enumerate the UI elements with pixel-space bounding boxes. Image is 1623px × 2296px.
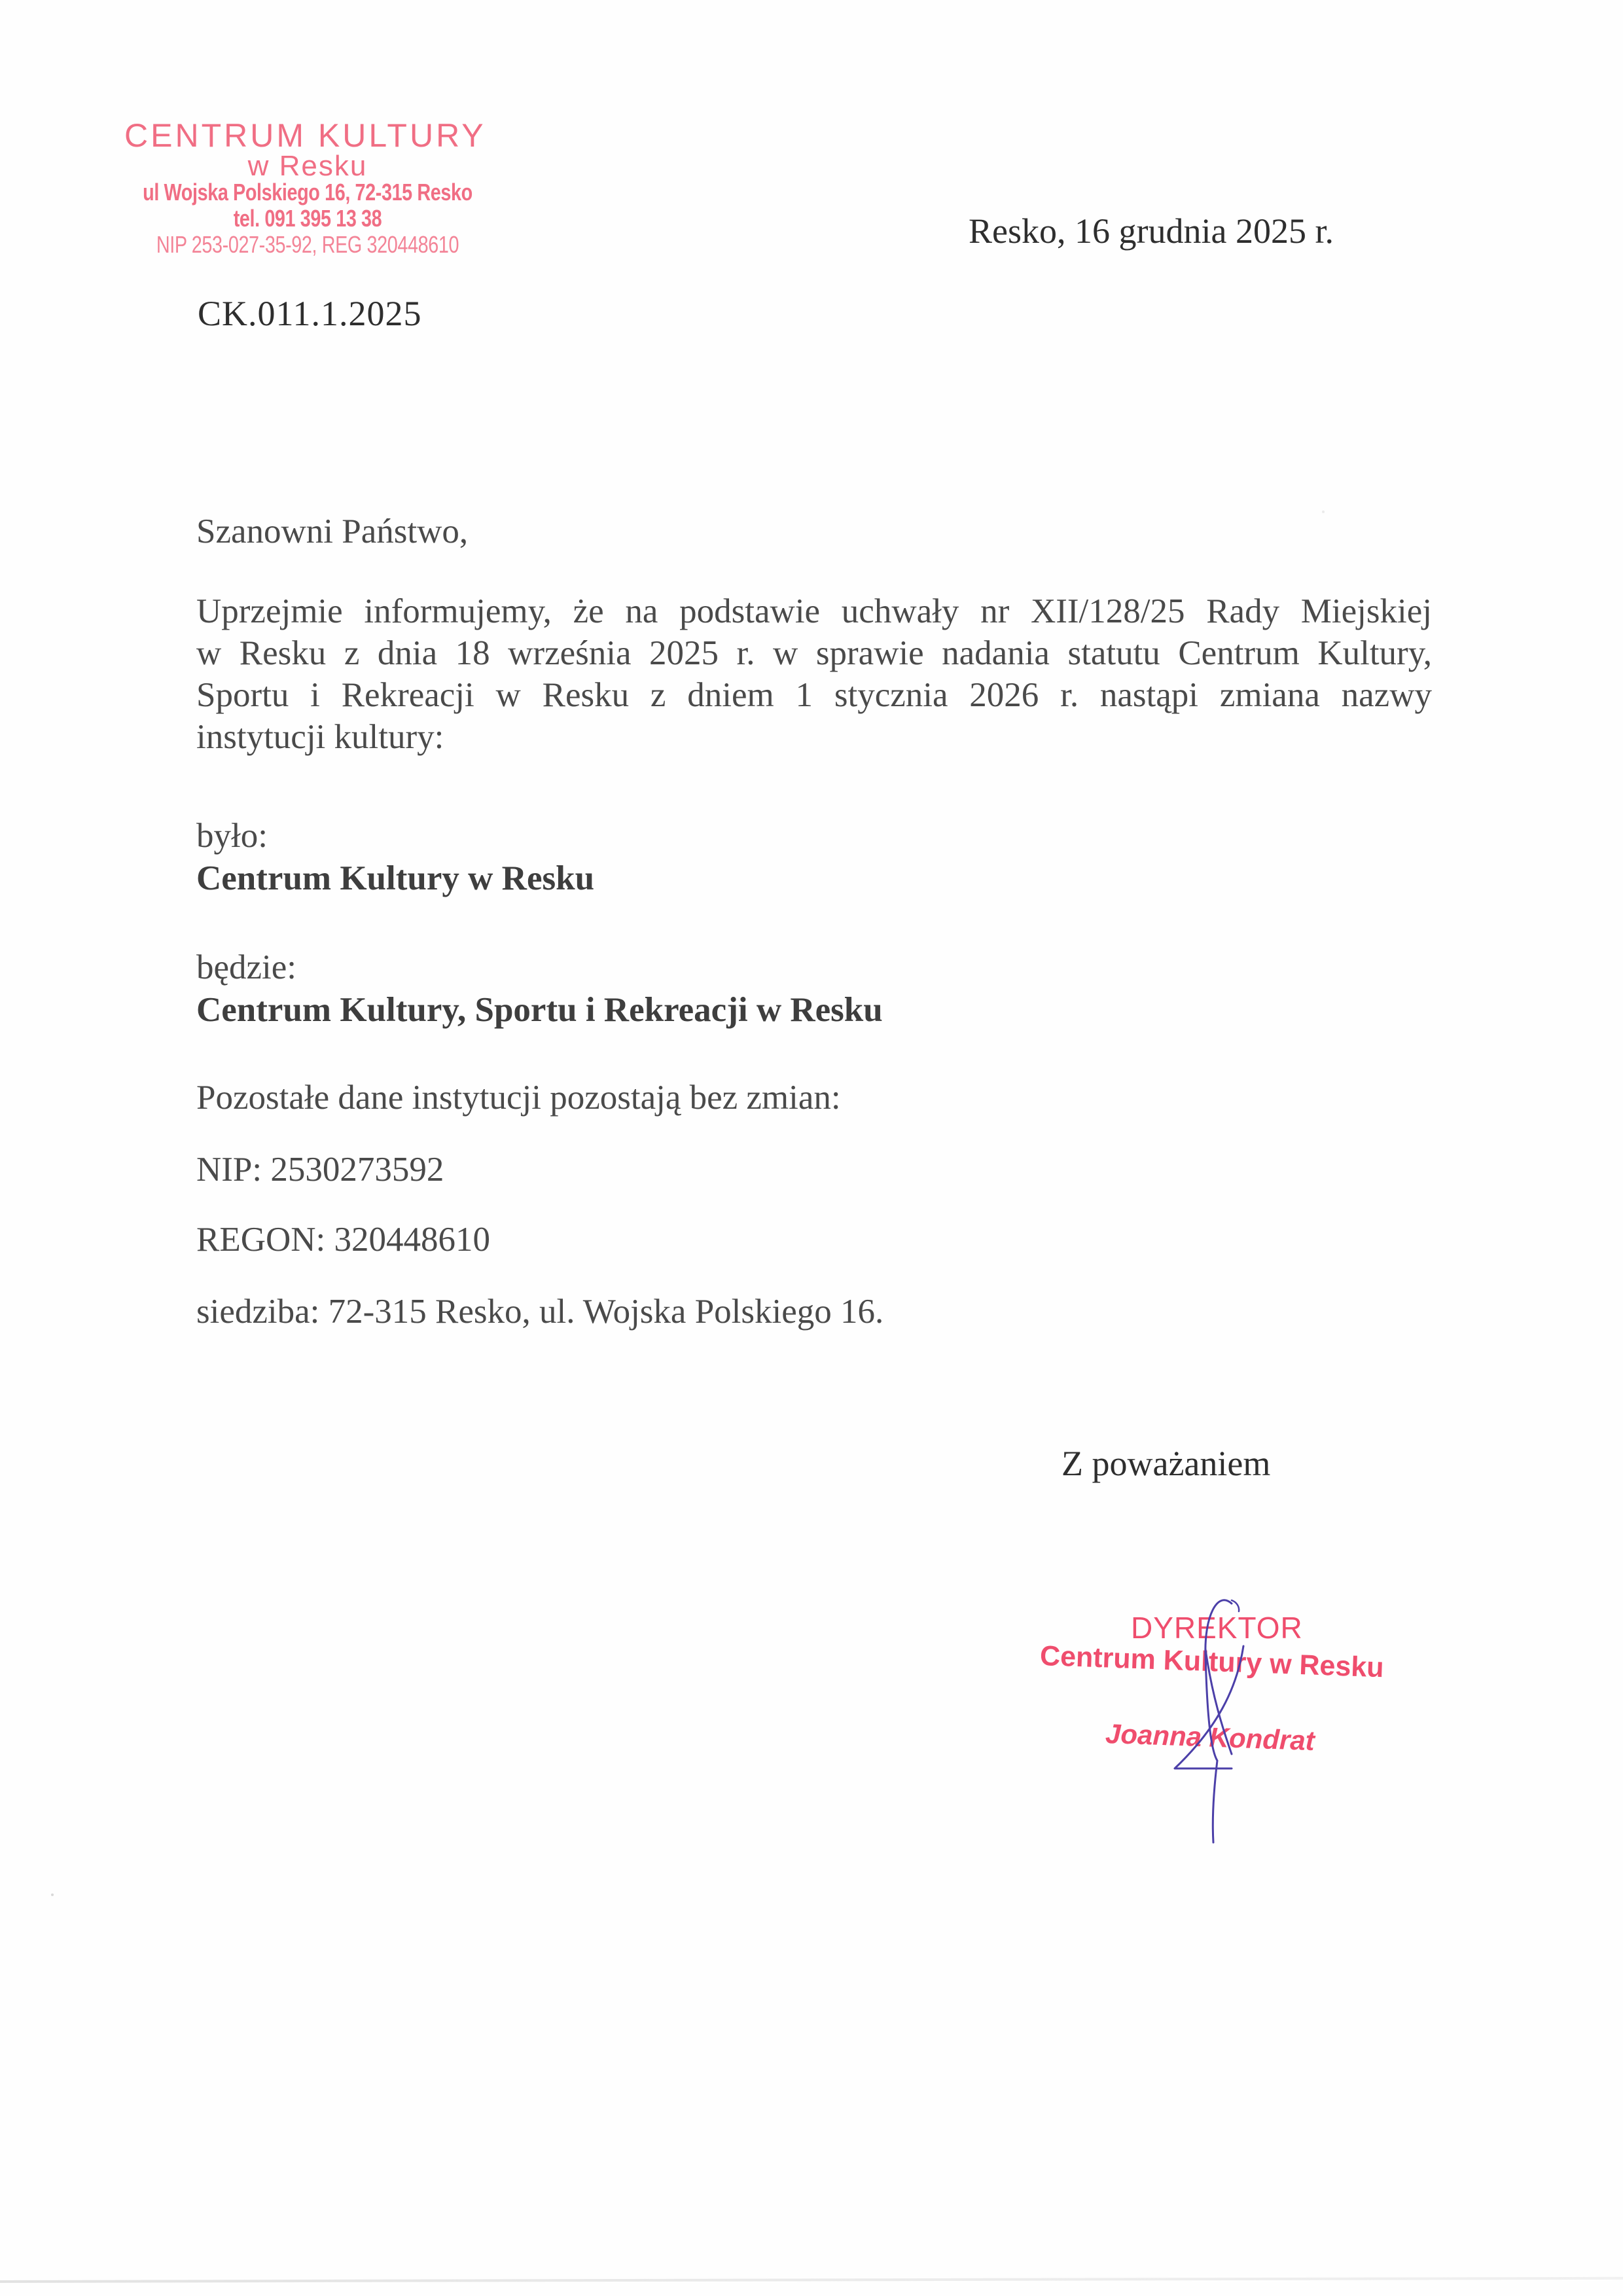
remaining-info-intro: Pozostałe dane instytucji pozostają bez … [196, 1077, 841, 1119]
previous-name: Centrum Kultury w Resku [196, 857, 594, 899]
regon-number: REGON: 320448610 [196, 1219, 490, 1261]
new-name-label: będzie: [196, 946, 296, 988]
paragraph-line: Uprzejmie informujemy, że na podstawie u… [196, 590, 1432, 632]
stamp-institution-name: CENTRUM KULTURY [124, 118, 491, 153]
previous-name-label: było: [196, 815, 268, 857]
paragraph-line: Sportu i Rekreacji w Resku z dniem 1 sty… [196, 674, 1432, 716]
closing-phrase: Z poważaniem [1061, 1443, 1270, 1484]
paragraph-line: w Resku z dnia 18 września 2025 r. w spr… [196, 632, 1432, 674]
institution-stamp: CENTRUM KULTURY w Resku ul Wojska Polski… [124, 118, 491, 258]
scan-speck [1322, 511, 1325, 513]
salutation: Szanowni Państwo, [196, 511, 468, 552]
new-name: Centrum Kultury, Sportu i Rekreacji w Re… [196, 989, 883, 1031]
scan-bottom-edge [0, 2277, 1623, 2283]
paragraph-line: instytucji kultury: [196, 716, 1432, 758]
stamp-address: ul Wojska Polskiego 16, 72-315 Resko [135, 179, 480, 206]
stamp-phone: tel. 091 395 13 38 [161, 206, 454, 232]
letter-date: Resko, 16 grudnia 2025 r. [969, 211, 1334, 251]
nip-number: NIP: 2530273592 [196, 1149, 444, 1191]
handwritten-signature [1171, 1597, 1276, 1846]
seat-address: siedziba: 72-315 Resko, ul. Wojska Polsk… [196, 1291, 883, 1333]
letter-page: CENTRUM KULTURY w Resku ul Wojska Polski… [0, 0, 1623, 2296]
scan-speck [51, 1893, 54, 1896]
stamp-location: w Resku [124, 153, 491, 179]
stamp-tax-ids: NIP 253-027-35-92, REG 320448610 [140, 232, 475, 258]
reference-number: CK.011.1.2025 [198, 293, 422, 334]
main-paragraph: Uprzejmie informujemy, że na podstawie u… [196, 590, 1432, 758]
